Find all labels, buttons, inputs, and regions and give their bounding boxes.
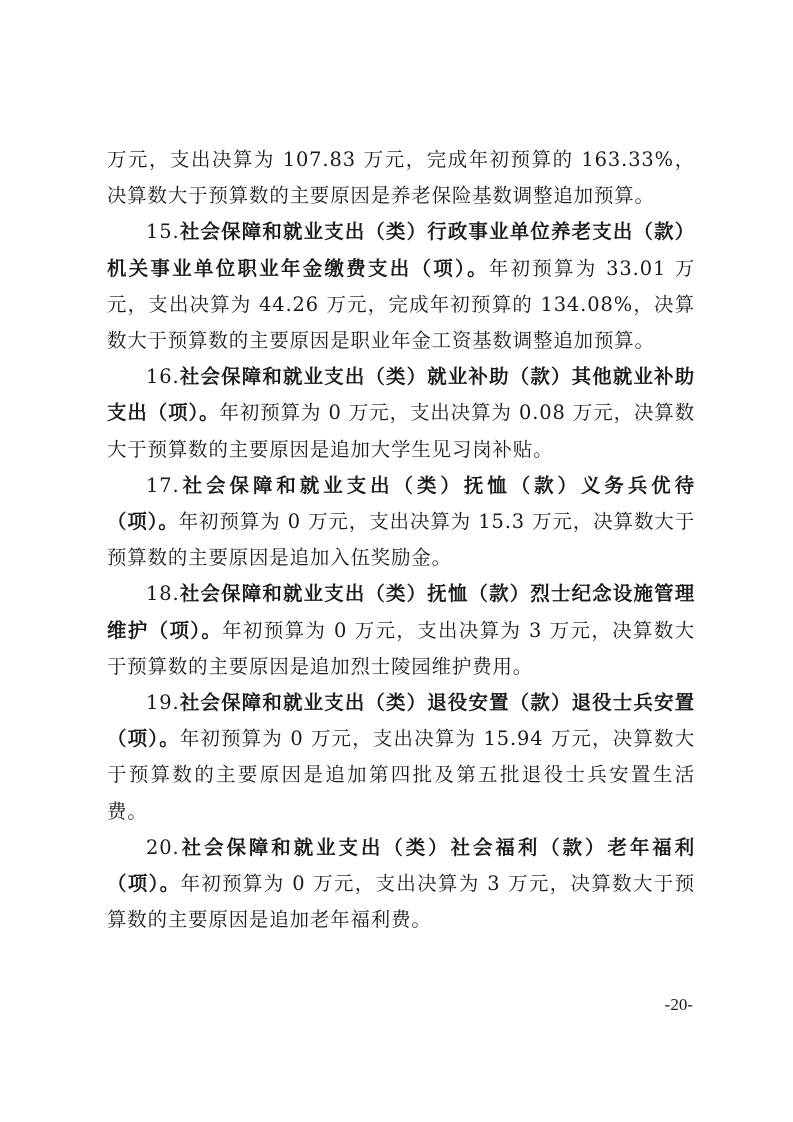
paragraph-body: 年初预算为 0 万元，支出决算为 15.94 万元，决算数大于预算数的主要原因是… — [107, 727, 695, 822]
paragraph-body: 年初预算为 0 万元，支出决算为 15.3 万元，决算数大于预算数的主要原因是追… — [107, 510, 695, 569]
paragraph-item-20: 20.社会保障和就业支出（类）社会福利（款）老年福利（项）。年初预算为 0 万元… — [107, 830, 695, 939]
paragraph-item-17: 17.社会保障和就业支出（类）抚恤（款）义务兵优待（项）。年初预算为 0 万元，… — [107, 468, 695, 577]
paragraph-body: 万元，支出决算为 107.83 万元，完成年初预算的 163.33%，决算数大于… — [107, 148, 695, 207]
item-number: 19. — [146, 691, 180, 714]
item-number: 20. — [146, 836, 180, 859]
page-number: -20- — [665, 995, 693, 1015]
paragraph-item-18: 18.社会保障和就业支出（类）抚恤（款）烈士纪念设施管理维护（项）。年初预算为 … — [107, 576, 695, 685]
paragraph-item-15: 15.社会保障和就业支出（类）行政事业单位养老支出（款）机关事业单位职业年金缴费… — [107, 214, 695, 359]
paragraph-body: 年初预算为 0 万元，支出决算为 3 万元，决算数大于预算数的主要原因是追加老年… — [107, 872, 695, 931]
item-number: 15. — [146, 220, 180, 243]
paragraph-14-continued: 万元，支出决算为 107.83 万元，完成年初预算的 163.33%，决算数大于… — [107, 142, 695, 214]
item-number: 17. — [146, 474, 180, 497]
paragraph-item-16: 16.社会保障和就业支出（类）就业补助（款）其他就业补助支出（项）。年初预算为 … — [107, 359, 695, 468]
paragraph-item-19: 19.社会保障和就业支出（类）退役安置（款）退役士兵安置（项）。年初预算为 0 … — [107, 685, 695, 830]
document-page: 万元，支出决算为 107.83 万元，完成年初预算的 163.33%，决算数大于… — [107, 142, 695, 938]
item-number: 16. — [146, 365, 180, 388]
item-number: 18. — [146, 582, 180, 605]
